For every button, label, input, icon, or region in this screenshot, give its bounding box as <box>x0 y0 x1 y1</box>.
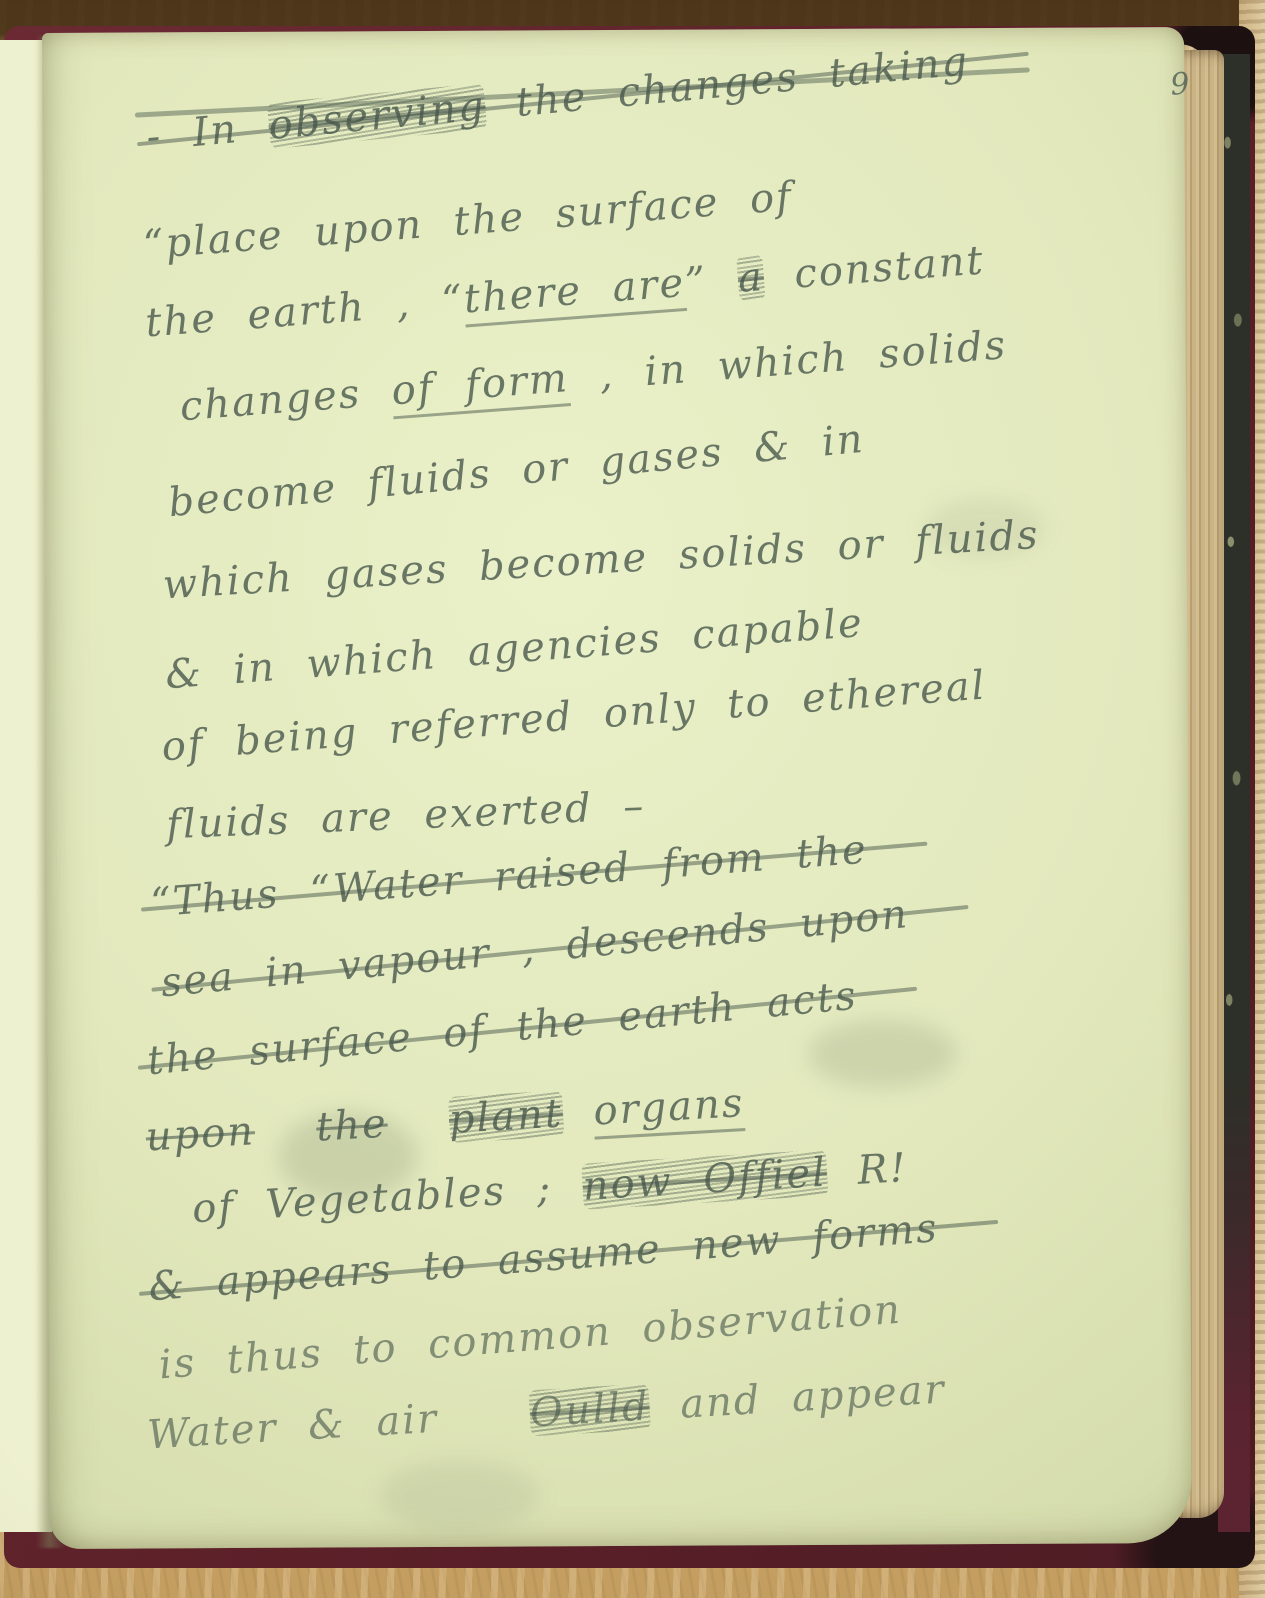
manuscript-line: is thus to common observation <box>157 1287 903 1389</box>
manuscript-line: upon the plant organs <box>144 1080 745 1160</box>
underlined-word: there are <box>462 260 687 327</box>
manuscript-text: become fluids or gases & in <box>166 416 866 526</box>
manuscript-line: - In observing the changes taking <box>144 38 971 160</box>
manuscript-text <box>254 1105 318 1154</box>
manuscript-text: Water & air <box>146 1390 531 1458</box>
manuscript-line: become fluids or gases & in <box>166 416 866 526</box>
manuscript-text: changes <box>178 368 393 430</box>
manuscript-text <box>562 1089 595 1137</box>
manuscript-text: the earth , “ <box>144 277 466 347</box>
manuscript-text: and appear <box>648 1366 947 1429</box>
manuscript-line: which gases become solids or fluids <box>162 512 1041 608</box>
manuscript-text <box>386 1097 450 1146</box>
manuscript-text: “place upon the surface of <box>141 174 794 269</box>
pencil-smudge <box>380 1460 540 1531</box>
underlined-word: of form <box>390 355 571 419</box>
page-number: 9 <box>1169 66 1191 102</box>
scribbled-word: a <box>736 254 765 302</box>
scribbled-word: now Offiel <box>581 1150 828 1210</box>
underlined-word: organs <box>592 1080 746 1140</box>
scribbled-word: observing <box>266 83 487 149</box>
manuscript-text: ” <box>683 256 739 306</box>
manuscript-text: of Vegetables ; <box>191 1164 584 1232</box>
photograph-of-notebook: 9 - In observing the changes taking“plac… <box>0 0 1265 1598</box>
scribbled-word: plant <box>448 1090 565 1142</box>
manuscript-line: fluids are exerted – <box>165 783 646 848</box>
manuscript-line: changes of form , in which solids <box>178 322 1008 430</box>
manuscript-text: R! <box>825 1145 908 1196</box>
scribbled-word: Oulld <box>529 1384 651 1437</box>
pencil-smudge <box>807 1018 957 1089</box>
strike-mark <box>137 52 1029 147</box>
manuscript-text: fluids are exerted – <box>165 783 646 848</box>
manuscript-text: the <box>315 1101 389 1151</box>
manuscript-text: which gases become solids or fluids <box>162 512 1041 608</box>
manuscript-text: , in which solids <box>567 322 1009 401</box>
manuscript-text: is thus to common observation <box>157 1287 903 1389</box>
manuscript-text: upon <box>144 1108 256 1160</box>
manuscript-text: constant <box>762 237 986 299</box>
notebook-page: 9 - In observing the changes taking“plac… <box>42 27 1192 1549</box>
manuscript-line: “place upon the surface of <box>141 174 794 269</box>
